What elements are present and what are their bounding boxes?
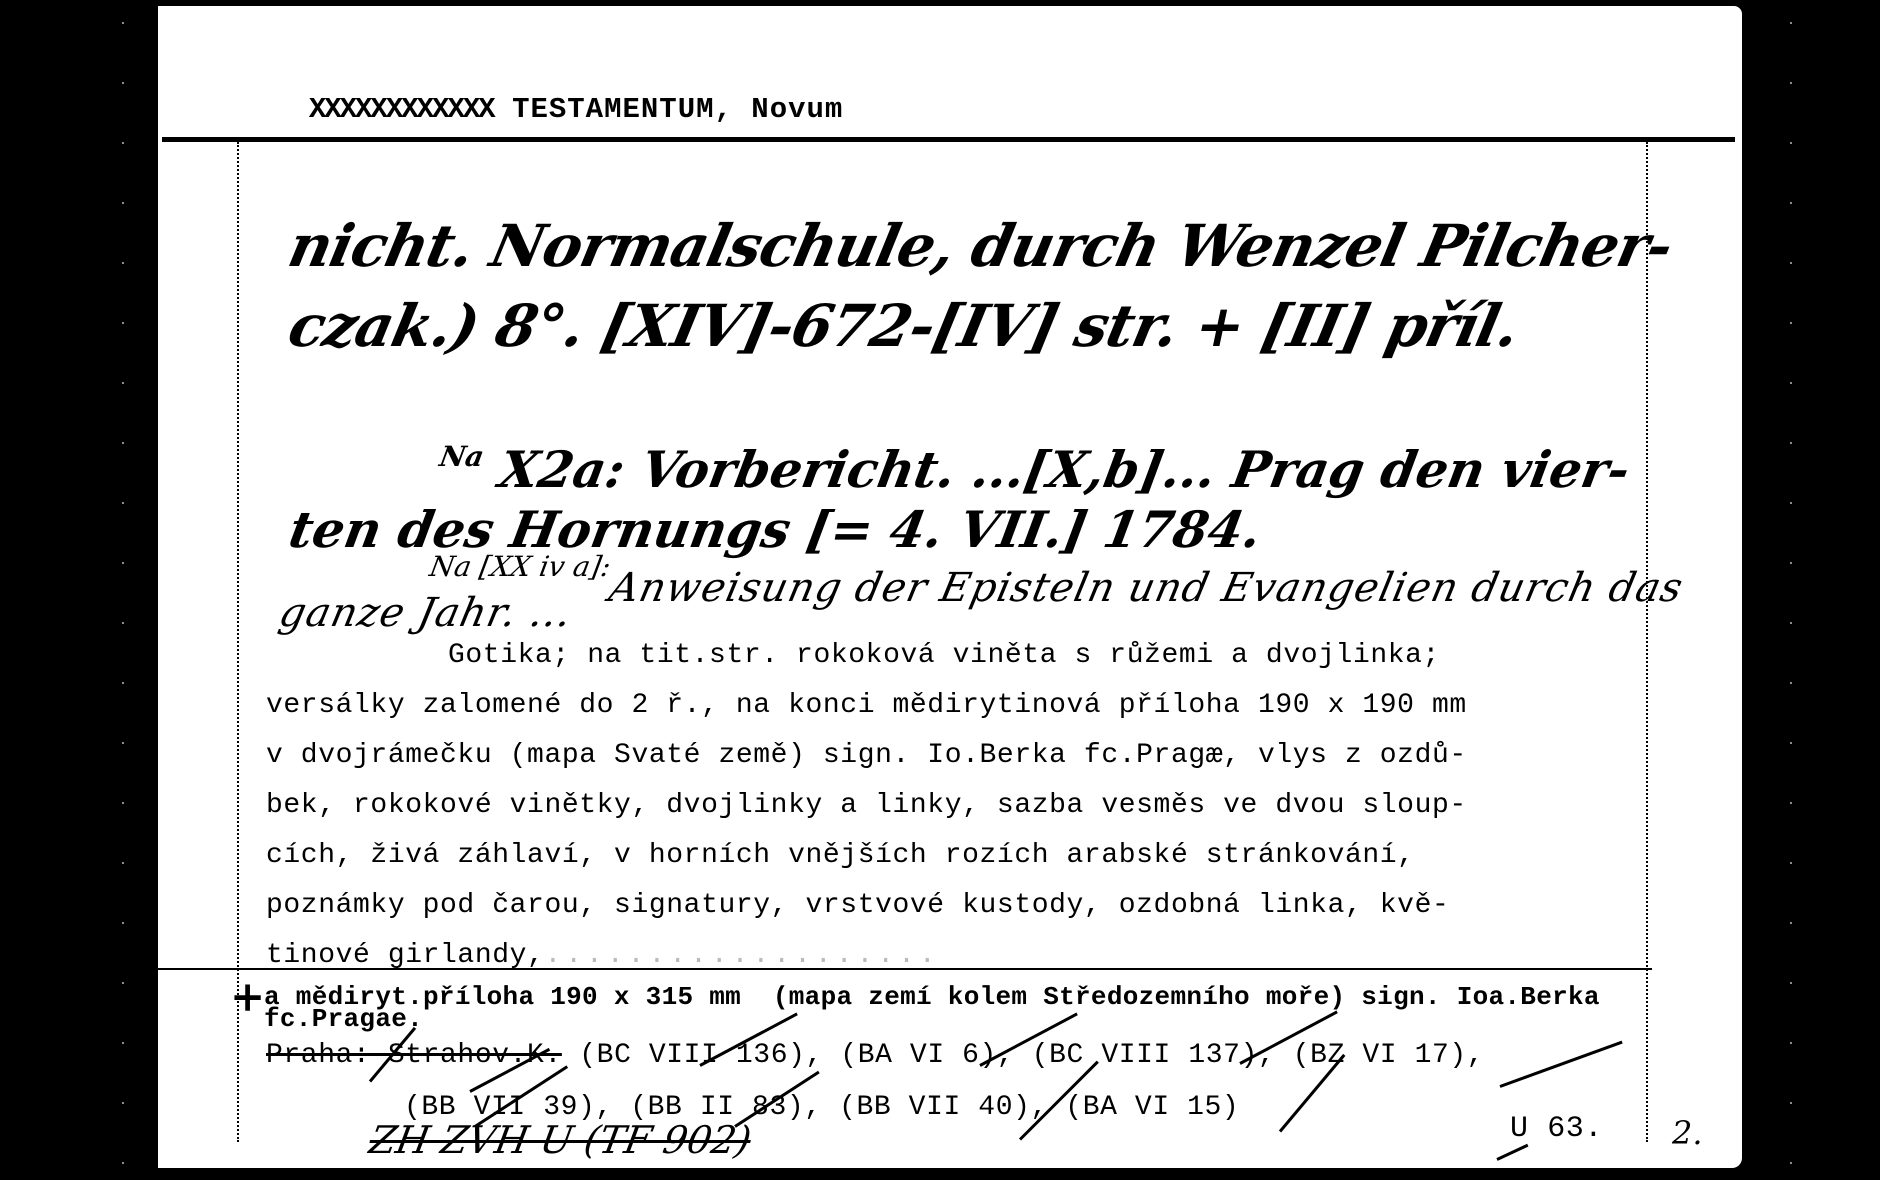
footnote-marker: +	[230, 972, 265, 1021]
body-line-1: Gotika; na tit.str. rokoková viněta s rů…	[448, 640, 1440, 671]
handwritten-line-5-sup: Na [XX iv a]:	[427, 550, 613, 583]
scan-noise-right	[1790, 0, 1792, 1180]
header-rule	[162, 137, 1735, 142]
call-number: U 63.	[1510, 1112, 1603, 1146]
handwritten-line-3-prefix: Na	[437, 440, 487, 473]
handwritten-line-6: ganze Jahr. ...	[275, 590, 576, 636]
body-line-4: bek, rokokové vinětky, dvojlinky a linky…	[266, 790, 1467, 821]
scan-noise-left	[122, 0, 124, 1180]
handwritten-struck-note: ZH ZVH U (TF 902)	[366, 1118, 755, 1162]
right-margin-guide	[1646, 142, 1648, 1142]
handwritten-line-5: Anweisung der Episteln und Evangelien du…	[605, 565, 1687, 611]
footnote-line-1: a mědiryt.příloha 190 x 315 mm (mapa zem…	[264, 982, 1600, 1012]
body-line-7-text: tinové girlandy,	[266, 940, 544, 971]
heading-title: TESTAMENTUM, Novum	[512, 93, 843, 126]
footnote-rule	[152, 968, 1652, 970]
page-marker: 2.	[1672, 1114, 1703, 1152]
body-line-2: versálky zalomené do 2 ř., na konci mědi…	[266, 690, 1467, 721]
body-line-6: poznámky pod čarou, signatury, vrstvové …	[266, 890, 1449, 921]
body-line-7: tinové girlandy,...................	[266, 940, 940, 971]
handwritten-line-3: X2a: Vorbericht. ...[X,b]... Prag den vi…	[495, 440, 1634, 499]
footnote-line-2: fc.Pragae.	[264, 1004, 423, 1034]
handwritten-line-2: czak.) 8°. [XIV]-672-[IV] str. + [II] př…	[283, 292, 1525, 360]
handwritten-line-1: nicht. Normalschule, durch Wenzel Pilche…	[283, 212, 1678, 280]
body-line-5: cích, živá záhlaví, v horních vnějších r…	[266, 840, 1415, 871]
erased-text: ...................	[544, 940, 939, 971]
card-heading: XXXXXXXXXXXX TESTAMENTUM, Novum	[272, 60, 843, 126]
holdings-line-1: Praha: Strahov.K. (BC VIII 136), (BA VI …	[266, 1040, 1484, 1071]
heading-crossed-out: XXXXXXXXXXXX	[309, 93, 494, 126]
body-line-3: v dvojrámečku (mapa Svaté země) sign. Io…	[266, 740, 1467, 771]
